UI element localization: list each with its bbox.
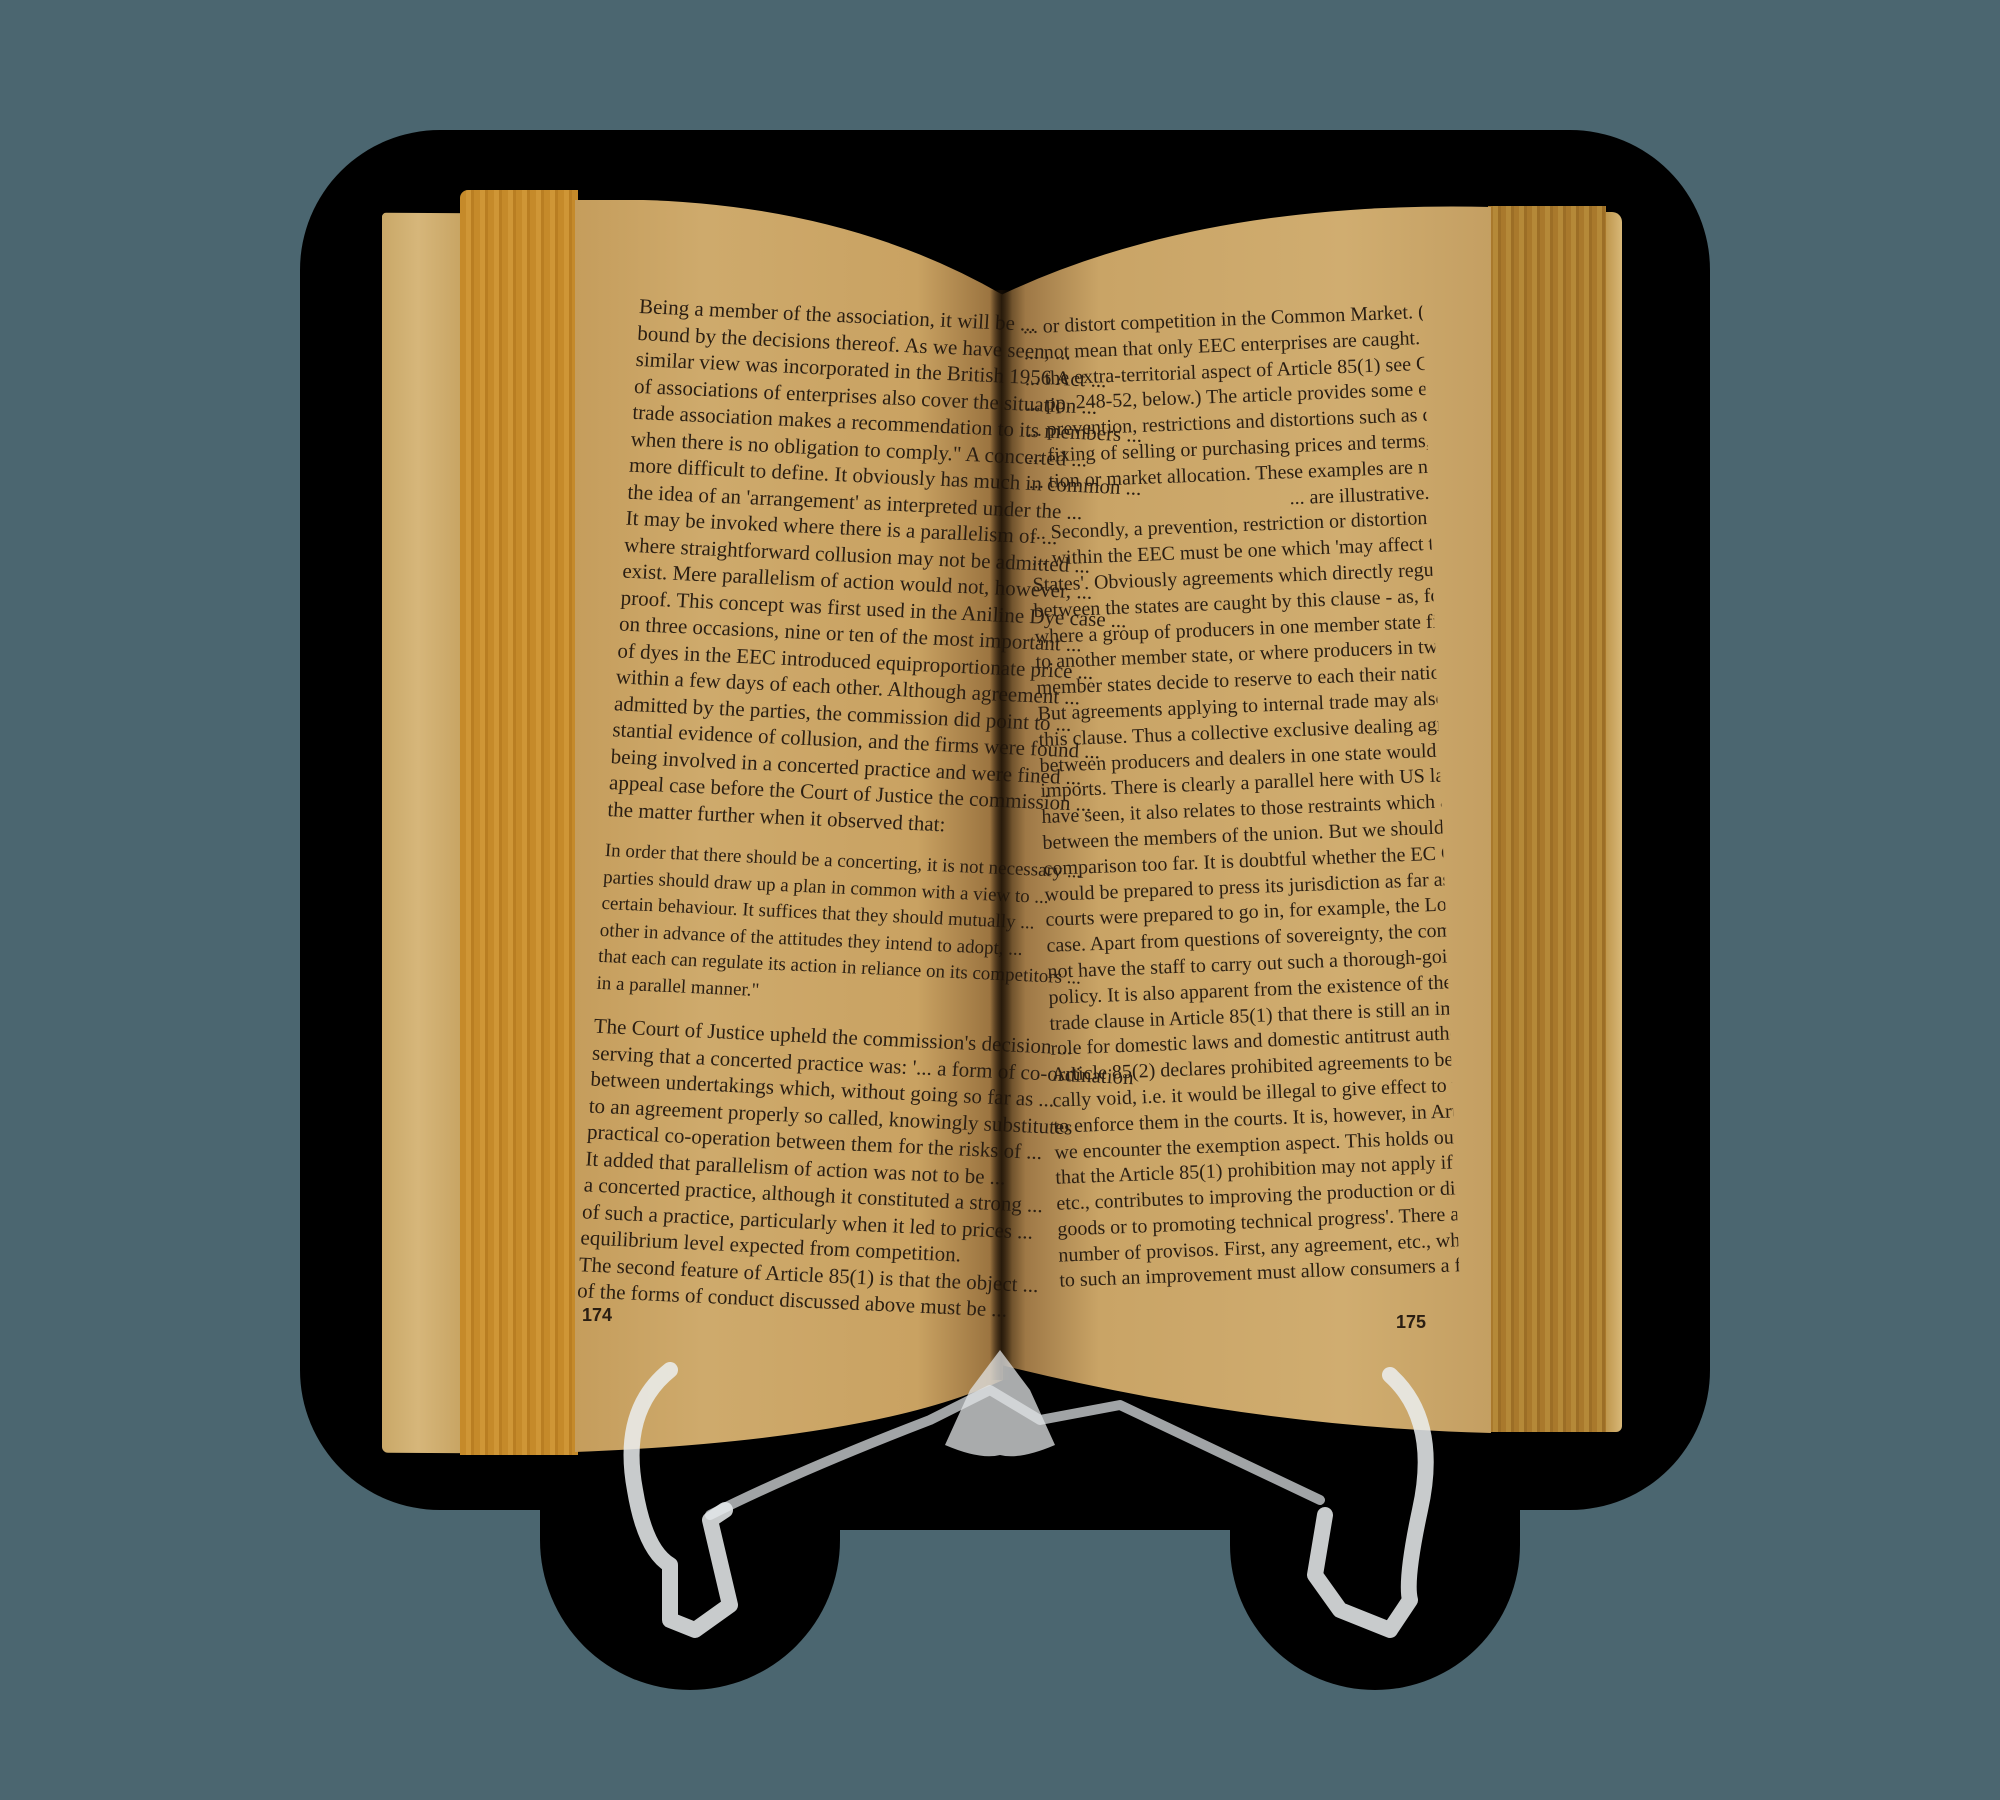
right-fore-edge	[1488, 206, 1606, 1432]
page-number-left: 174	[582, 1305, 612, 1326]
page-number-right: 175	[1396, 1312, 1426, 1333]
right-page-text: ... or distort competition in the Common…	[1022, 300, 1459, 1295]
book-gutter	[990, 290, 1012, 1380]
acrylic-book-stand	[600, 1350, 1460, 1670]
back-cover	[382, 213, 472, 1453]
left-fore-edge	[460, 190, 578, 1455]
